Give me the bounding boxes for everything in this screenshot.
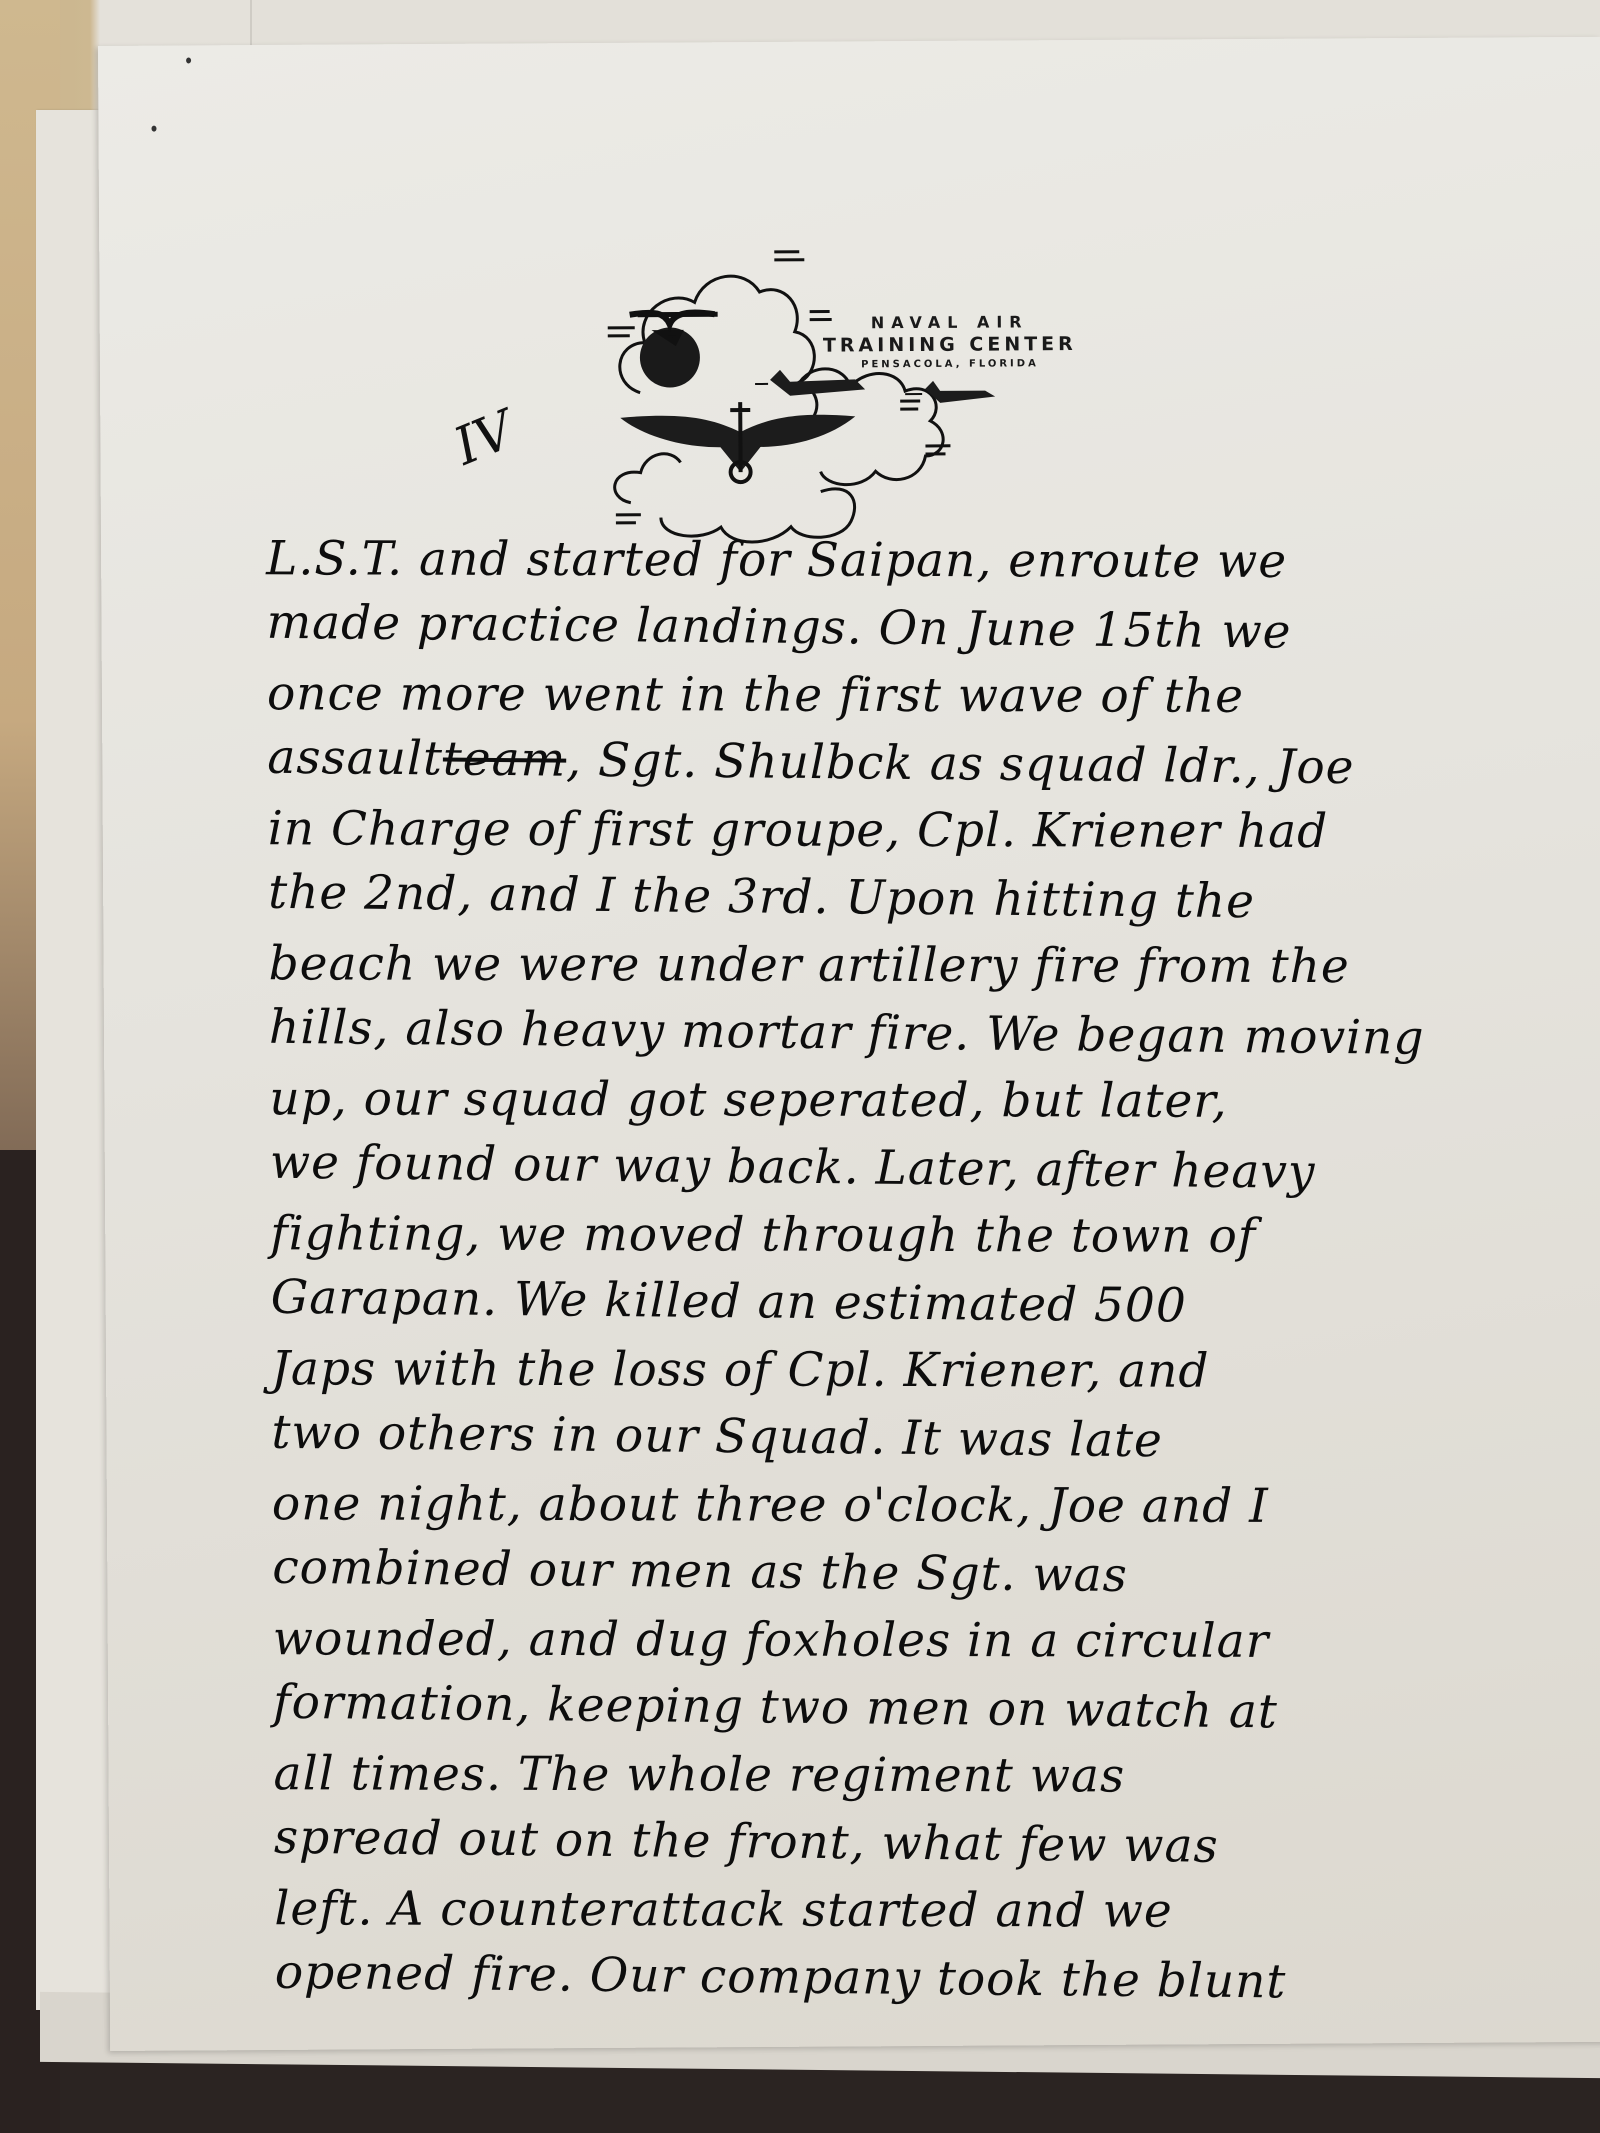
text-line: made practice landings. On June 15th we [266, 588, 1567, 668]
text-line: up, our squad got seperated, but later, [269, 1065, 1569, 1136]
handwritten-body: L.S.T. and started for Saipan, enroute w… [266, 523, 1575, 2016]
text-line: wounded, and dug foxholes in a circular [273, 1605, 1573, 1676]
text-line: assaultteam, Sgt. Shulbck as squad ldr.,… [267, 723, 1568, 803]
text-line: once more went in the first wave of the [267, 660, 1567, 731]
text-line: Japs with the loss of Cpl. Kriener, and [271, 1335, 1571, 1406]
text-fragment: assault [267, 729, 443, 786]
paper-speck [151, 126, 156, 132]
text-line: all times. The whole regiment was [273, 1740, 1573, 1811]
text-line: L.S.T. and started for Saipan, enroute w… [266, 525, 1566, 596]
text-line: opened fire. Our company took the blunt [275, 1938, 1576, 2018]
struck-word: team [443, 731, 567, 787]
text-line: the 2nd, and I the 3rd. Upon hitting the [268, 858, 1569, 938]
text-line: Garapan. We killed an estimated 500 [270, 1263, 1571, 1343]
text-line: formation, keeping two men on watch at [273, 1668, 1574, 1748]
letterhead-line1: NAVAL AIR [800, 312, 1100, 333]
text-line: beach we were under artillery fire from … [269, 930, 1569, 1001]
letterhead-text: NAVAL AIR TRAINING CENTER PENSACOLA, FLO… [800, 312, 1100, 371]
text-line: in Charge of first groupe, Cpl. Kriener … [268, 795, 1568, 866]
text-line: two others in our Squad. It was late [271, 1398, 1572, 1478]
naval-air-emblem-icon [599, 230, 1161, 553]
letterhead-line3: PENSACOLA, FLORIDA [800, 358, 1100, 371]
text-line: one night, about three o'clock, Joe and … [272, 1470, 1572, 1541]
text-line: fighting, we moved through the town of [270, 1200, 1570, 1271]
letterhead-line2: TRAINING CENTER [800, 333, 1100, 357]
letter-page: NAVAL AIR TRAINING CENTER PENSACOLA, FLO… [98, 37, 1600, 2051]
paper-speck [186, 57, 191, 63]
text-line: we found our way back. Later, after heav… [270, 1128, 1571, 1208]
letterhead: NAVAL AIR TRAINING CENTER PENSACOLA, FLO… [599, 230, 1161, 553]
page-number: IV [446, 400, 523, 478]
text-line: hills, also heavy mortar fire. We began … [269, 993, 1570, 1073]
text-line: left. A counterattack started and we [274, 1875, 1574, 1946]
text-line: spread out on the front, what few was [274, 1803, 1575, 1883]
text-fragment: , Sgt. Shulbck as squad ldr., Joe [566, 732, 1355, 795]
text-line: combined our men as the Sgt. was [272, 1533, 1573, 1613]
